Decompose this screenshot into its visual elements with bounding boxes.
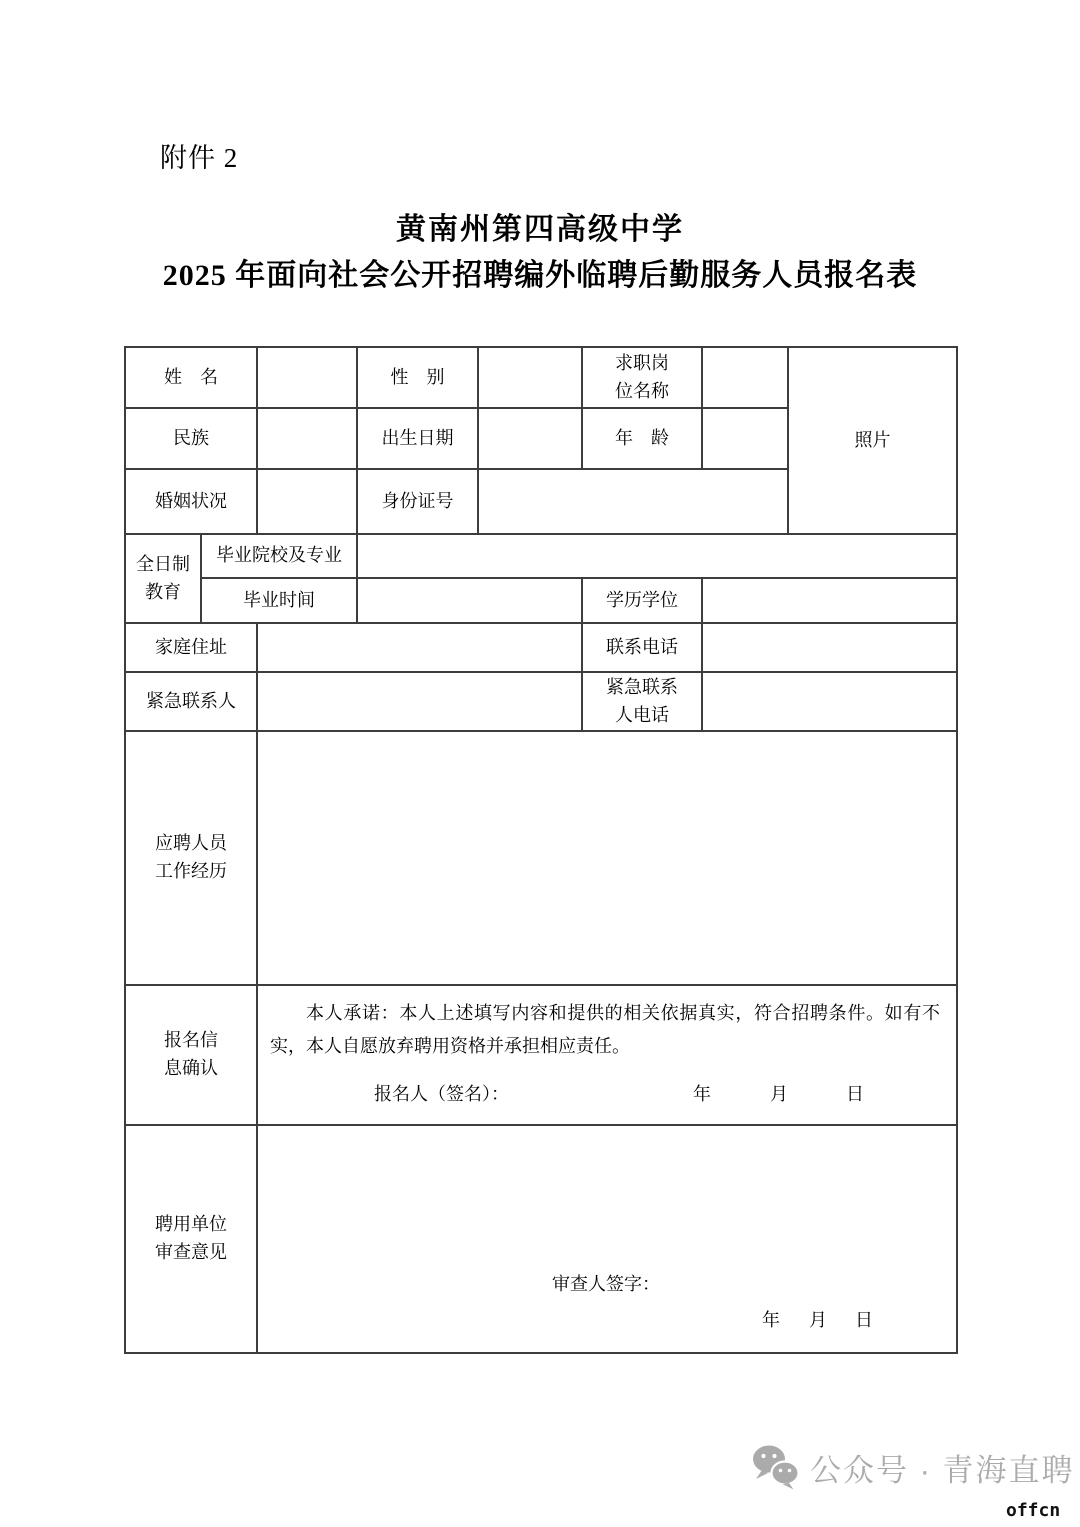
offcn-brand: offcn: [1006, 1500, 1060, 1521]
birthdate-label: 出生日期: [357, 408, 478, 469]
employer-review-content-cell: 审查人签字： 年 月 日: [257, 1125, 957, 1353]
ethnicity-value-cell: [257, 408, 357, 469]
school-major-label: 毕业院校及专业: [201, 534, 357, 578]
marital-status-label: 婚姻状况: [125, 469, 257, 534]
review-year-label: 年: [762, 1307, 780, 1335]
work-experience-label: 应聘人员 工作经历: [125, 731, 257, 985]
emergency-phone-label: 紧急联系 人电话: [582, 672, 702, 731]
contact-phone-label: 联系电话: [582, 623, 702, 672]
graduation-time-label: 毕业时间: [201, 578, 357, 623]
year-label: 年: [693, 1081, 711, 1109]
promise-statement: 本人承诺：本人上述填写内容和提供的相关依据真实，符合招聘条件。如有不实，本人自愿…: [258, 987, 956, 1064]
document-title-line1: 黄南州第四高级中学: [0, 204, 1080, 248]
work-experience-value-cell: [257, 731, 957, 985]
degree-value-cell: [702, 578, 957, 623]
job-position-label: 求职岗 位名称: [582, 347, 702, 408]
school-major-value-cell: [357, 534, 957, 578]
id-number-value-cell: [478, 469, 788, 534]
ethnicity-label: 民族: [125, 408, 257, 469]
id-number-label: 身份证号: [357, 469, 478, 534]
reviewer-signature-label: 审查人签字：: [552, 1271, 660, 1299]
confirm-content-wrap: 本人承诺：本人上述填写内容和提供的相关依据真实，符合招聘条件。如有不实，本人自愿…: [258, 987, 956, 1123]
age-value-cell: [702, 408, 788, 469]
photo-cell: 照片: [788, 347, 957, 534]
home-address-value-cell: [257, 623, 582, 672]
gender-value-cell: [478, 347, 582, 408]
birthdate-value-cell: [478, 408, 582, 469]
degree-label: 学历学位: [582, 578, 702, 623]
contact-phone-value-cell: [702, 623, 957, 672]
emergency-phone-value-cell: [702, 672, 957, 731]
job-position-value-cell: [702, 347, 788, 408]
footer-watermark: 公众号 · 青海直聘: [752, 1444, 1075, 1490]
name-label: 姓 名: [125, 347, 257, 408]
age-label: 年 龄: [582, 408, 702, 469]
emergency-contact-label: 紧急联系人: [125, 672, 257, 731]
month-label: 月: [770, 1081, 788, 1109]
watermark-text: 公众号 · 青海直聘: [810, 1445, 1075, 1490]
review-day-label: 日: [855, 1307, 873, 1335]
emergency-contact-value-cell: [257, 672, 582, 731]
fulltime-education-label: 全日制 教育: [125, 534, 201, 623]
employer-review-label: 聘用单位 审查意见: [125, 1125, 257, 1353]
review-month-label: 月: [809, 1307, 827, 1335]
graduation-time-value-cell: [357, 578, 582, 623]
home-address-label: 家庭住址: [125, 623, 257, 672]
document-title-line2: 2025 年面向社会公开招聘编外临聘后勤服务人员报名表: [0, 250, 1080, 294]
application-form-table: 姓 名 性 别 求职岗 位名称 照片 民族 出生日期 年 龄 婚姻状况 身份证号…: [124, 346, 958, 1354]
gender-label: 性 别: [357, 347, 478, 408]
wechat-icon: [752, 1444, 800, 1490]
name-value-cell: [257, 347, 357, 408]
registration-confirm-label: 报名信 息确认: [125, 985, 257, 1125]
registration-confirm-content-cell: 本人承诺：本人上述填写内容和提供的相关依据真实，符合招聘条件。如有不实，本人自愿…: [257, 985, 957, 1125]
marital-status-value-cell: [257, 469, 357, 534]
attachment-label: 附件 2: [160, 136, 238, 175]
review-content-wrap: 审查人签字： 年 月 日: [258, 1127, 956, 1351]
day-label: 日: [846, 1081, 864, 1109]
applicant-signature-label: 报名人（签名）：: [374, 1081, 509, 1109]
